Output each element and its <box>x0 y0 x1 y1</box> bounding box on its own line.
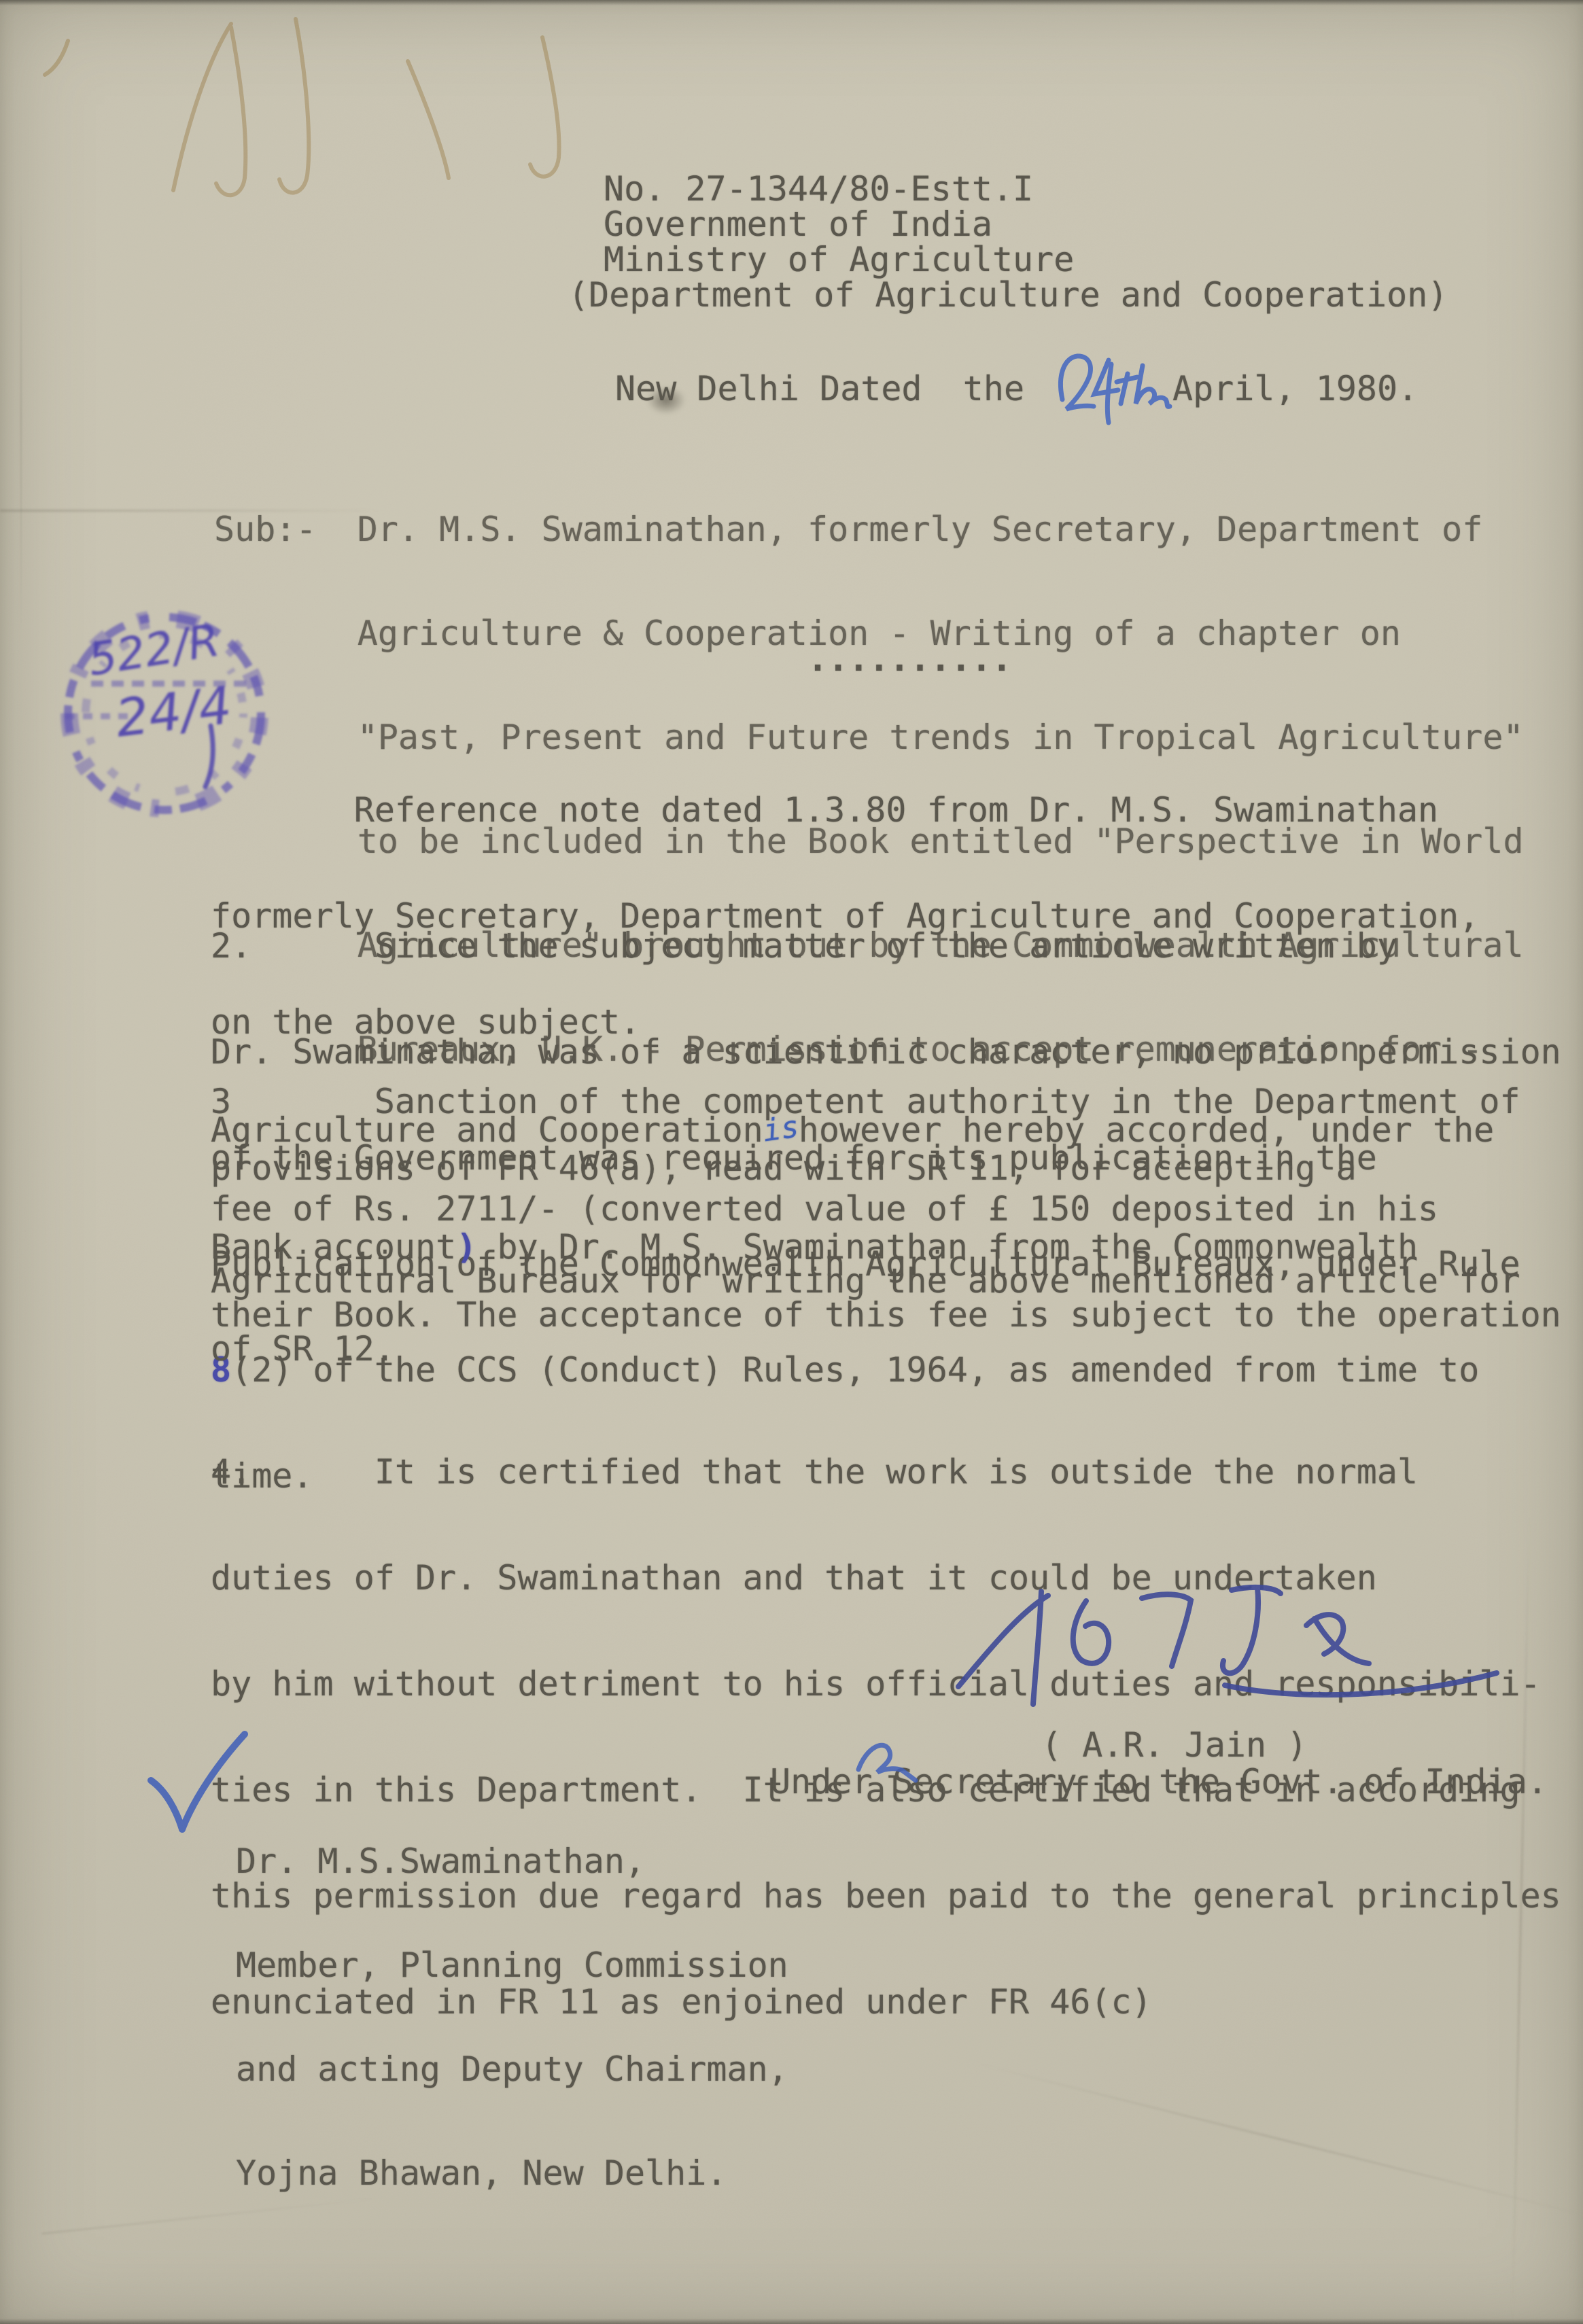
subject-line: Sub:- Dr. M.S. Swaminathan, formerly Sec… <box>214 512 1524 547</box>
addressee-line: Yojna Bhawan, New Delhi. <box>236 2156 788 2191</box>
body-line: fee of Rs. 2711/- (converted value of £ … <box>211 1191 1438 1227</box>
body-line: provisions of FR 46(a), read with SR 11,… <box>211 1150 1357 1186</box>
body-line: Reference note dated 1.3.80 from Dr. M.S… <box>211 792 1479 828</box>
header-department: (Department of Agriculture and Cooperati… <box>568 277 1448 313</box>
date-line-prefix: New Delhi Dated the <box>615 371 1024 406</box>
signature-name: ( A.R. Jain ) <box>1041 1727 1307 1763</box>
scanned-letter-page: No. 27-1344/80-Estt.I Government of Indi… <box>0 0 1583 2324</box>
paper-crease <box>20 204 22 625</box>
body-line: 4. It is certified that the work is outs… <box>211 1454 1561 1490</box>
subject-underline-dots: .......... <box>807 641 1012 677</box>
body-line: Dr. Swaminathan was of a scientific char… <box>211 1034 1561 1070</box>
handwritten-day-24th <box>1050 345 1186 427</box>
body-line-text: Agriculture and Cooperation <box>211 1110 763 1150</box>
header-government: Government of India <box>604 207 992 242</box>
addressee-line: Member, Planning Commission <box>236 1948 788 1983</box>
signature-title: Under Secretary to the Govt. of India. <box>770 1764 1548 1799</box>
body-line: by him without detriment to his official… <box>211 1666 1561 1702</box>
body-line: their Book. The acceptance of this fee i… <box>211 1297 1561 1333</box>
body-line: Agriculture and Cooperationishowever her… <box>211 1112 1494 1150</box>
body-line: Bank account) by Dr. M.S. Swaminathan fr… <box>211 1229 1418 1265</box>
addressee-line: and acting Deputy Chairman, <box>236 2052 788 2087</box>
addressee-line: Dr. M.S.Swaminathan, <box>236 1844 788 1879</box>
pencil-scribbles-icon <box>27 0 639 217</box>
header-ministry: Ministry of Agriculture <box>604 242 1074 277</box>
paper-edge-bottom <box>0 2319 1583 2324</box>
body-line: 2. Since the subject matter of the artic… <box>211 928 1561 964</box>
paragraph-3: 3 Sanction of the competent authority in… <box>211 1084 1583 1369</box>
body-line: duties of Dr. Swaminathan and that it co… <box>211 1560 1561 1596</box>
body-line-text: however hereby accorded, under the <box>799 1110 1495 1150</box>
body-line: of SR 12. <box>211 1331 395 1367</box>
paper-edge-top <box>0 0 1583 5</box>
addressee-block: Dr. M.S.Swaminathan, Member, Planning Co… <box>236 1775 788 2260</box>
date-line-suffix: April, 1980. <box>1172 371 1418 406</box>
handwritten-insertion-is: is <box>761 1110 801 1150</box>
reference-number: No. 27-1344/80-Estt.I <box>604 171 1033 207</box>
stamp-number: 522/R <box>84 614 223 686</box>
body-line: Agricultural Bureaux for writing the abo… <box>211 1263 1520 1299</box>
